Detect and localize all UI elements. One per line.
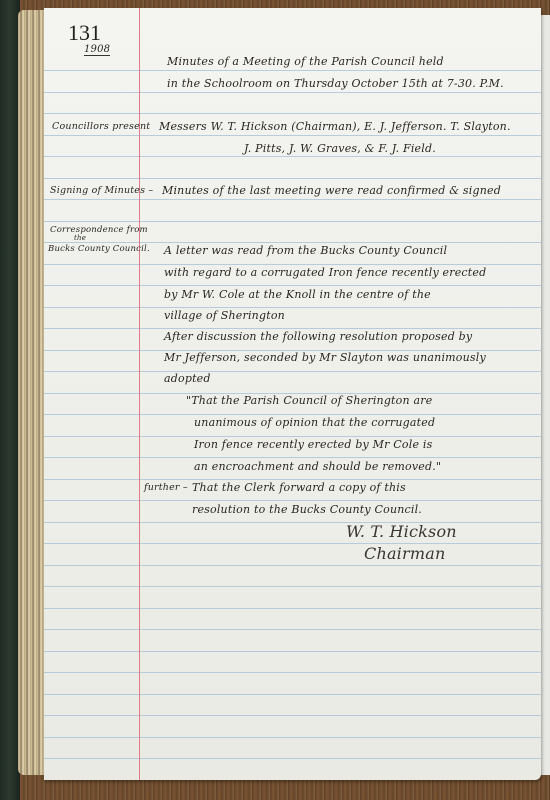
ruled-line xyxy=(44,629,541,630)
page-stack-edge xyxy=(18,10,46,775)
ruled-line xyxy=(44,307,541,308)
ruled-line xyxy=(44,264,541,265)
ledger-page: 131 1908 Minutes of a Meeting of the Par… xyxy=(44,8,541,780)
correspondence-line-7: adopted xyxy=(164,372,211,385)
correspondence-line-4: village of Sherington xyxy=(164,309,285,322)
ruled-line xyxy=(44,608,541,609)
ruled-line xyxy=(44,242,541,243)
ruled-line xyxy=(44,586,541,587)
resolution-line-4: an encroachment and should be removed." xyxy=(194,460,441,473)
margin-label-signing: Signing of Minutes – xyxy=(50,185,153,196)
further-label: further – xyxy=(144,482,188,493)
signature-name: W. T. Hickson xyxy=(346,522,457,541)
ruled-line xyxy=(44,543,541,544)
ruled-line xyxy=(44,414,541,415)
correspondence-line-3: by Mr W. Cole at the Knoll in the centre… xyxy=(164,288,431,301)
margin-label-councillors: Councillors present xyxy=(52,121,150,132)
correspondence-line-1: A letter was read from the Bucks County … xyxy=(164,244,447,257)
ruled-line xyxy=(44,758,541,759)
councillors-line-2: J. Pitts, J. W. Graves, & F. J. Field. xyxy=(244,142,436,155)
ruled-line xyxy=(44,436,541,437)
margin-label-correspondence-2: the xyxy=(74,234,86,242)
ruled-line xyxy=(44,522,541,523)
ruled-line xyxy=(44,651,541,652)
signature-title: Chairman xyxy=(364,544,445,563)
margin-label-correspondence-3: Bucks County Council. xyxy=(48,244,150,254)
further-line-2: resolution to the Bucks County Council. xyxy=(192,503,422,516)
ruled-line xyxy=(44,457,541,458)
margin-label-correspondence-1: Correspondence from xyxy=(50,225,148,235)
ruled-line xyxy=(44,500,541,501)
ruled-line xyxy=(44,70,541,71)
page-number: 131 xyxy=(68,20,101,46)
ruled-line xyxy=(44,328,541,329)
book-spine xyxy=(0,0,20,800)
ruled-line xyxy=(44,199,541,200)
ruled-line xyxy=(44,113,541,114)
ruled-line xyxy=(44,672,541,673)
ruled-line xyxy=(44,285,541,286)
heading-line-2: in the Schoolroom on Thursday October 15… xyxy=(167,77,504,90)
ruled-line xyxy=(44,135,541,136)
ruled-line xyxy=(44,221,541,222)
ruled-line xyxy=(44,715,541,716)
ruled-line xyxy=(44,156,541,157)
correspondence-line-6: Mr Jefferson, seconded by Mr Slayton was… xyxy=(164,351,486,364)
ruled-line xyxy=(44,694,541,695)
resolution-line-3: Iron fence recently erected by Mr Cole i… xyxy=(194,438,432,451)
ruled-line xyxy=(44,479,541,480)
resolution-line-2: unanimous of opinion that the corrugated xyxy=(194,416,435,429)
further-line-1: That the Clerk forward a copy of this xyxy=(192,481,406,494)
ruled-line xyxy=(44,92,541,93)
ruled-line xyxy=(44,371,541,372)
ruled-line xyxy=(44,178,541,179)
ruled-line xyxy=(44,565,541,566)
heading-line-1: Minutes of a Meeting of the Parish Counc… xyxy=(167,55,444,68)
ruled-line xyxy=(44,737,541,738)
councillors-line-1: Messers W. T. Hickson (Chairman), E. J. … xyxy=(159,120,511,133)
correspondence-line-2: with regard to a corrugated Iron fence r… xyxy=(164,266,486,279)
signing-line: Minutes of the last meeting were read co… xyxy=(162,184,501,197)
year: 1908 xyxy=(84,44,110,56)
right-page-edge xyxy=(540,15,550,775)
resolution-line-1: "That the Parish Council of Sherington a… xyxy=(186,394,432,407)
correspondence-line-5: After discussion the following resolutio… xyxy=(164,330,472,343)
